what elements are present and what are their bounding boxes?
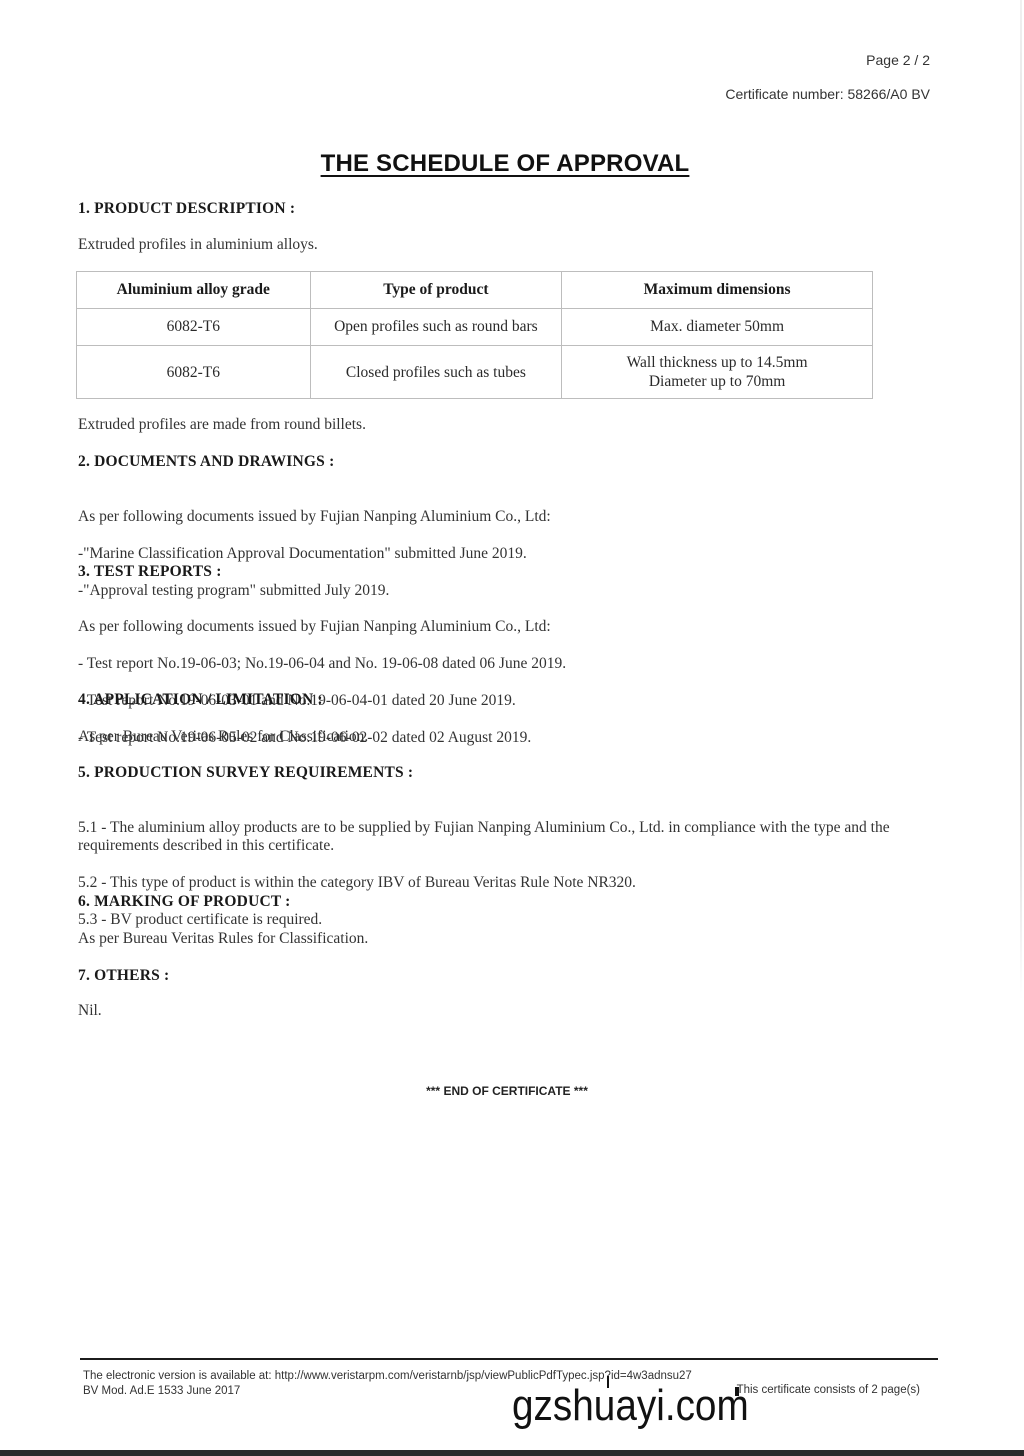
column-header-alloy-grade: Aluminium alloy grade	[77, 272, 311, 309]
watermark-text: gzshuayi.com	[512, 1384, 749, 1428]
production-survey-line: 5.3 - BV product certificate is required…	[78, 911, 938, 930]
scan-edge-shadow	[1020, 0, 1022, 1000]
dimension-line: Diameter up to 70mm	[568, 372, 866, 391]
test-report-line: As per following documents issued by Fuj…	[78, 618, 566, 637]
column-header-product-type: Type of product	[310, 272, 562, 309]
others-text: Nil.	[78, 1002, 102, 1021]
production-survey-line: 5.1 - The aluminium alloy products are t…	[78, 819, 938, 856]
table-header-row: Aluminium alloy grade Type of product Ma…	[77, 272, 873, 309]
cell-max-dimensions: Max. diameter 50mm	[562, 309, 873, 346]
dimension-line: Max. diameter 50mm	[568, 318, 866, 336]
production-survey-list: 5.1 - The aluminium alloy products are t…	[78, 800, 938, 948]
table-row: 6082-T6 Open profiles such as round bars…	[77, 309, 873, 346]
application-text: As per Bureau Veritas Rules for Classifi…	[78, 728, 368, 747]
page-indicator: Page 2 / 2	[866, 52, 930, 68]
production-survey-line: 5.2 - This type of product is within the…	[78, 874, 938, 893]
cell-max-dimensions: Wall thickness up to 14.5mm Diameter up …	[562, 346, 873, 399]
section-heading-test-reports: 3. TEST REPORTS :	[78, 563, 222, 581]
section-heading-product-description: 1. PRODUCT DESCRIPTION :	[78, 200, 295, 218]
scan-bottom-edge	[0, 1450, 1024, 1456]
footer-form-reference: BV Mod. Ad.E 1533 June 2017	[83, 1385, 240, 1397]
footer-page-count: This certificate consists of 2 page(s)	[737, 1384, 920, 1396]
section-heading-application: 4. APPLICATION / LIMITATION :	[78, 691, 323, 709]
cell-product-type: Closed profiles such as tubes	[310, 346, 562, 399]
product-description-intro: Extruded profiles in aluminium alloys.	[78, 236, 318, 255]
section-heading-marking: 6. MARKING OF PRODUCT :	[78, 893, 291, 911]
documents-line: -"Marine Classification Approval Documen…	[78, 545, 551, 564]
cell-alloy-grade: 6082-T6	[77, 309, 311, 346]
section-heading-production-survey: 5. PRODUCTION SURVEY REQUIREMENTS :	[78, 764, 413, 782]
documents-line: As per following documents issued by Fuj…	[78, 508, 551, 527]
marking-text: As per Bureau Veritas Rules for Classifi…	[78, 930, 368, 949]
approval-spec-table: Aluminium alloy grade Type of product Ma…	[76, 271, 873, 399]
test-report-line: - Test report No.19-06-03; No.19-06-04 a…	[78, 655, 566, 674]
section-heading-documents: 2. DOCUMENTS AND DRAWINGS :	[78, 453, 334, 471]
product-description-note: Extruded profiles are made from round bi…	[78, 416, 366, 435]
certificate-number: Certificate number: 58266/A0 BV	[725, 86, 930, 102]
table-row: 6082-T6 Closed profiles such as tubes Wa…	[77, 346, 873, 399]
section-heading-others: 7. OTHERS :	[78, 967, 169, 985]
cell-product-type: Open profiles such as round bars	[310, 309, 562, 346]
certificate-page: Page 2 / 2 Certificate number: 58266/A0 …	[0, 0, 1024, 1456]
column-header-max-dimensions: Maximum dimensions	[562, 272, 873, 309]
documents-line: -"Approval testing program" submitted Ju…	[78, 582, 551, 601]
end-of-certificate-marker: *** END OF CERTIFICATE ***	[0, 1084, 1014, 1098]
dimension-line: Wall thickness up to 14.5mm	[568, 353, 866, 372]
page-title: THE SCHEDULE OF APPROVAL	[0, 150, 1010, 178]
cell-alloy-grade: 6082-T6	[77, 346, 311, 399]
footer-divider	[80, 1358, 938, 1360]
